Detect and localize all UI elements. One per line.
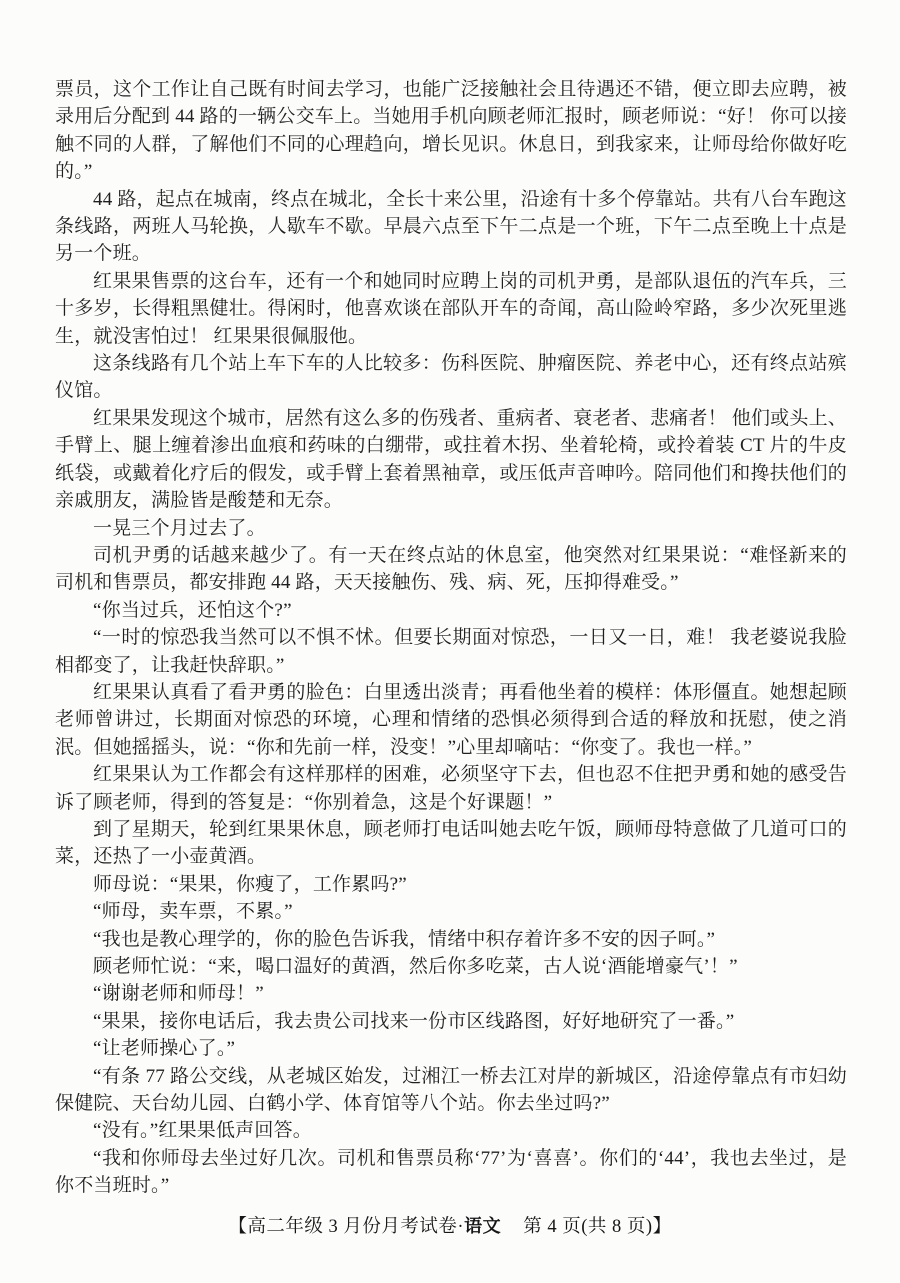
paragraph: 红果果认真看了看尹勇的脸色：白里透出淡青；再看他坐着的模样：体形僵直。她想起顾老… bbox=[55, 679, 847, 761]
paragraph: 顾老师忙说：“来，喝口温好的黄酒，然后你多吃菜，古人说‘酒能增豪气’！” bbox=[55, 953, 847, 980]
paragraph: “没有。”红果果低声回答。 bbox=[55, 1117, 847, 1144]
paragraph: 这条线路有几个站上车下车的人比较多：伤科医院、肿瘤医院、养老中心，还有终点站殡仪… bbox=[55, 350, 847, 405]
paragraph: “师母，卖车票，不累。” bbox=[55, 898, 847, 925]
paragraph: “让老师操心了。” bbox=[55, 1035, 847, 1062]
paragraph: “你当过兵，还怕这个?” bbox=[55, 597, 847, 624]
paragraph: 红果果发现这个城市，居然有这么多的伤残者、重病者、衰老者、悲痛者！ 他们或头上、… bbox=[55, 405, 847, 515]
paragraph: “一时的惊恐我当然可以不惧不怵。但要长期面对惊恐，一日又一日，难！ 我老婆说我脸… bbox=[55, 624, 847, 679]
exam-page: 票员，这个工作让自己既有时间去学习，也能广泛接触社会且待遇还不错，便立即去应聘，… bbox=[0, 0, 900, 1283]
paragraph: “果果，接你电话后，我去贵公司找来一份市区线路图，好好地研究了一番。” bbox=[55, 1008, 847, 1035]
paragraph: “有条 77 路公交线，从老城区始发，过湘江一桥去江对岸的新城区，沿途停靠点有市… bbox=[55, 1063, 847, 1118]
paragraph: 44 路，起点在城南，终点在城北，全长十来公里，沿途有十多个停靠站。共有八台车跑… bbox=[55, 186, 847, 268]
paragraph: 师母说：“果果，你瘦了，工作累吗?” bbox=[55, 871, 847, 898]
body-text: 票员，这个工作让自己既有时间去学习，也能广泛接触社会且待遇还不错，便立即去应聘，… bbox=[55, 76, 847, 1200]
paragraph: 一晃三个月过去了。 bbox=[55, 515, 847, 542]
paragraph: “我和你师母去坐过好几次。司机和售票员称‘77’为‘喜喜’。你们的‘44’，我也… bbox=[55, 1145, 847, 1200]
paragraph: 红果果认为工作都会有这样那样的困难，必须坚守下去，但也忍不住把尹勇和她的感受告诉… bbox=[55, 761, 847, 816]
paragraph: 到了星期天，轮到红果果休息，顾老师打电话叫她去吃午饭，顾师母特意做了几道可口的菜… bbox=[55, 816, 847, 871]
paragraph: 票员，这个工作让自己既有时间去学习，也能广泛接触社会且待遇还不错，便立即去应聘，… bbox=[55, 76, 847, 186]
paragraph: “我也是教心理学的，你的脸色告诉我，情绪中积存着许多不安的因子呵。” bbox=[55, 926, 847, 953]
paragraph: “谢谢老师和师母！” bbox=[55, 980, 847, 1007]
page-footer: 【高二年级 3 月份月考试卷·语文第 4 页(共 8 页)】 bbox=[0, 1212, 900, 1238]
footer-subject: 语文 bbox=[464, 1216, 501, 1236]
footer-exam-title: 【高二年级 3 月份月考试卷· bbox=[228, 1217, 464, 1237]
paragraph: 司机尹勇的话越来越少了。有一天在终点站的休息室，他突然对红果果说：“难怪新来的司… bbox=[55, 542, 847, 597]
footer-page-number: 第 4 页(共 8 页)】 bbox=[523, 1217, 671, 1237]
paragraph: 红果果售票的这台车，还有一个和她同时应聘上岗的司机尹勇，是部队退伍的汽车兵，三十… bbox=[55, 268, 847, 350]
